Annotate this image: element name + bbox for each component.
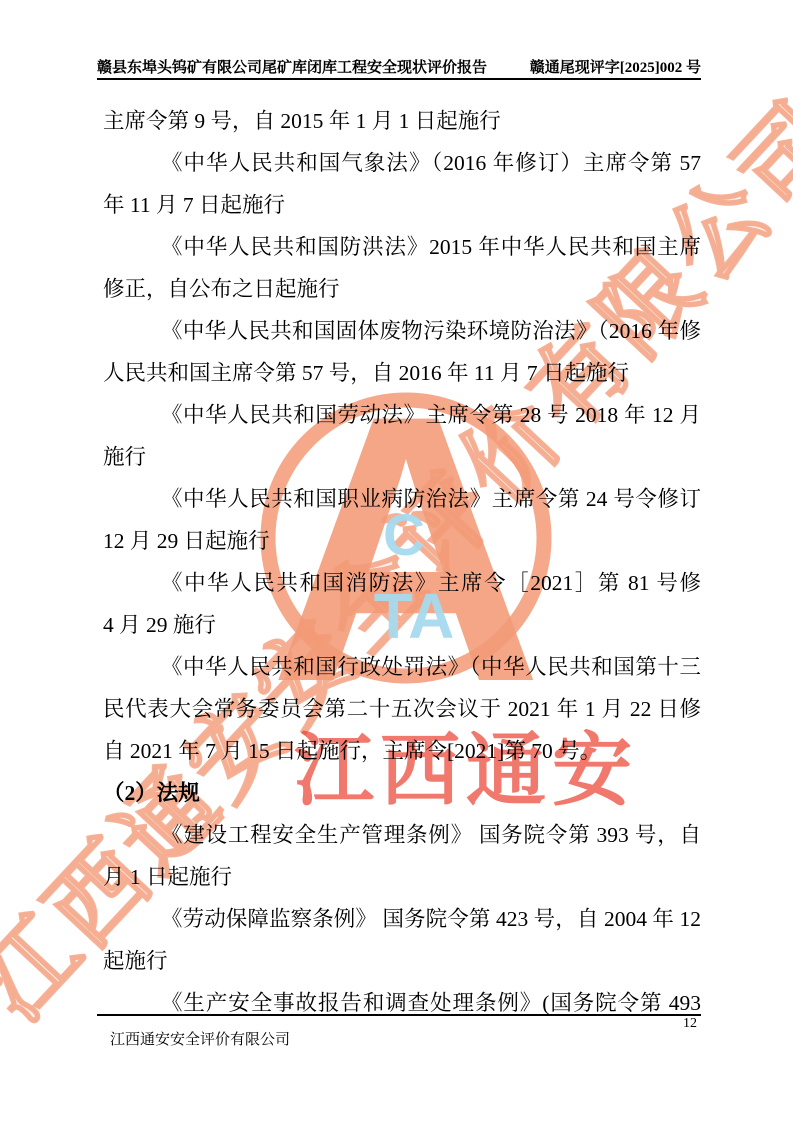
body-line: 《中华人民共和国行政处罚法》（中华人民共和国第十三届全国人	[161, 646, 701, 688]
body-line: 民代表大会常务委员会第二十五次会议于 2021 年 1 月 22 日修订通过，	[103, 688, 701, 730]
body-line: 人民共和国主席令第 57 号，自 2016 年 11 月 7 日起施行	[103, 352, 701, 394]
document-page: 江西通安安全评价有限公司 A C TA 江西通安 赣县东埠头钨矿有限公司尾矿库闭…	[0, 0, 793, 1122]
body-line: 《建设工程安全生产管理条例》 国务院令第 393 号，自 2004 年 2	[161, 814, 701, 856]
body-line: 《中华人民共和国职业病防治法》主席令第 24 号令修订 2018 年	[161, 478, 701, 520]
body-line: 12 月 29 日起施行	[103, 520, 701, 562]
body-line: 《中华人民共和国固体废物污染环境防治法》（2016 年修订）中华	[161, 310, 701, 352]
body-line: 起施行	[103, 940, 701, 982]
body-line: 《中华人民共和国消防法》主席令［2021］第 81 号修改，2021 年	[161, 562, 701, 604]
body-line: 施行	[103, 436, 701, 478]
header-report-title: 赣县东埠头钨矿有限公司尾矿库闭库工程安全现状评价报告	[97, 56, 487, 77]
body-line: 主席令第 9 号，自 2015 年 1 月 1 日起施行	[103, 100, 701, 142]
body-line: （2）法规	[103, 772, 701, 814]
footer-company-name: 江西通安安全评价有限公司	[110, 1028, 290, 1049]
body-text: 主席令第 9 号，自 2015 年 1 月 1 日起施行《中华人民共和国气象法》…	[103, 100, 701, 1024]
body-line: 《中华人民共和国劳动法》主席令第 28 号 2018 年 12 月 29 日起	[161, 394, 701, 436]
body-line: 《中华人民共和国气象法》（2016 年修订）主席令第 57 号 2016	[161, 142, 701, 184]
header-document-number: 赣通尾现评字[2025]002 号	[530, 56, 701, 77]
page-header: 赣县东埠头钨矿有限公司尾矿库闭库工程安全现状评价报告 赣通尾现评字[2025]0…	[97, 56, 701, 77]
body-line: 月 1 日起施行	[103, 856, 701, 898]
body-line: 4 月 29 施行	[103, 604, 701, 646]
body-line: 《劳动保障监察条例》 国务院令第 423 号，自 2004 年 12 月 1 日	[161, 898, 701, 940]
body-line: 《中华人民共和国防洪法》2015 年中华人民共和国主席令第 23 号	[161, 226, 701, 268]
body-line: 修正，自公布之日起施行	[103, 268, 701, 310]
body-line: 自 2021 年 7 月 15 日起施行，主席令[2021]第 70 号。	[103, 730, 701, 772]
header-rule	[97, 78, 701, 80]
body-line: 年 11 月 7 日起施行	[103, 184, 701, 226]
